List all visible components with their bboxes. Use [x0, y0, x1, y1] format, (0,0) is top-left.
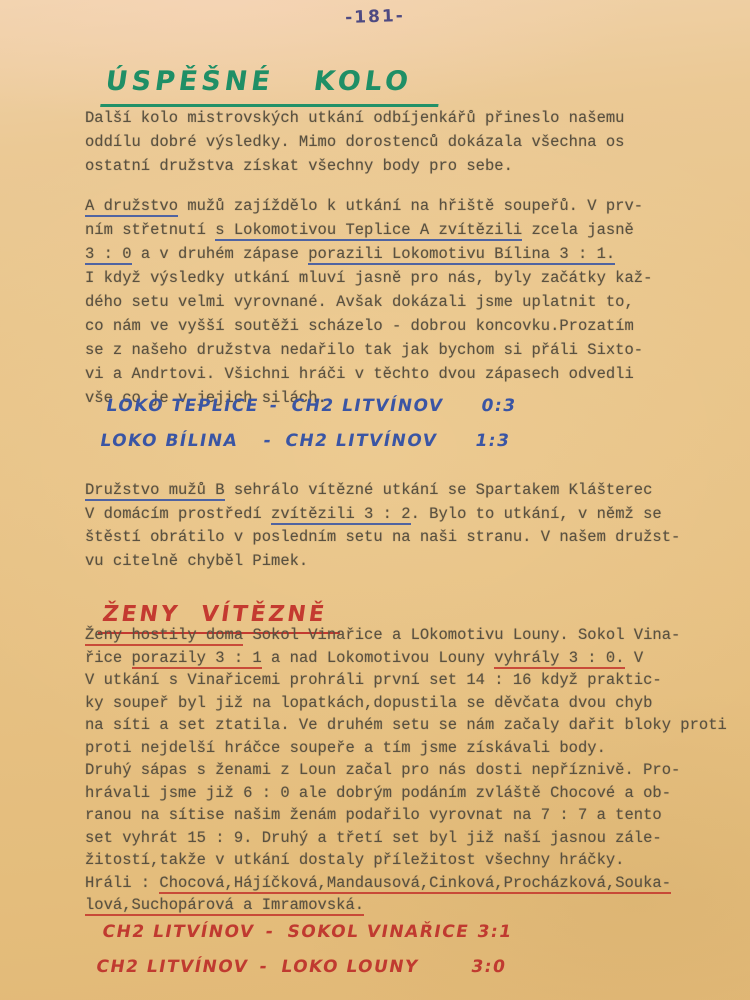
underlined-text-segment: 3 : 0 — [85, 245, 132, 265]
text-segment: hrávali jsme již 6 : 0 ale dobrým podání… — [85, 784, 671, 802]
typed-line: lová,Suchopárová a Imramovská. — [85, 894, 727, 917]
text-segment: vu citelně chyběl Pimek. — [85, 552, 308, 570]
underlined-text-segment: porazili Lokomotivu Bílina 3 : 1. — [308, 245, 615, 265]
typed-line: dého setu velmi vyrovnané. Avšak dokázal… — [85, 290, 652, 314]
typed-line: řice porazily 3 : 1 a nad Lokomotivou Lo… — [85, 647, 727, 670]
text-segment: Sokol Vinařice a LOkomotivu Louny. Sokol… — [243, 626, 680, 644]
text-segment: na síti a set ztatila. Ve druhém setu se… — [85, 716, 727, 734]
text-segment: Další kolo mistrovských utkání odbíjenká… — [85, 109, 625, 127]
typed-line: oddílu dobré výsledky. Mimo dorostenců d… — [85, 130, 625, 154]
text-segment: V domácím prostředí — [85, 505, 271, 523]
paragraph-intro: Další kolo mistrovských utkání odbíjenká… — [85, 106, 625, 178]
text-segment: vi a Andrtovi. Všichni hráči v těchto dv… — [85, 365, 634, 383]
text-segment: proti nejdelší hráčce soupeře a tím jsme… — [85, 739, 606, 757]
text-segment: V — [625, 649, 644, 667]
typed-line: na síti a set ztatila. Ve druhém setu se… — [85, 714, 727, 737]
typed-line: co nám ve vyšší soutěži scházelo - dobro… — [85, 314, 652, 338]
text-segment: ostatní družstva získat všechny body pro… — [85, 157, 513, 175]
result-score: 3:0 — [469, 957, 507, 977]
result-away: CH2 LITVÍNOV — [283, 431, 477, 451]
text-segment: Druhý sápas s ženami z Loun začal pro ná… — [85, 761, 680, 779]
result-away: CH2 LITVÍNOV — [290, 396, 484, 416]
result-score: 3:1 — [476, 922, 514, 942]
text-segment: dého setu velmi vyrovnané. Avšak dokázal… — [85, 293, 634, 311]
text-segment: mužů zajíždělo k utkání na hřiště soupeř… — [178, 197, 643, 215]
result-dash: - — [248, 431, 287, 451]
typed-line: Hráli : Chocová,Hájíčková,Mandausová,Cin… — [85, 872, 727, 895]
typed-line: vu citelně chyběl Pimek. — [85, 550, 680, 574]
result-dash: - — [255, 396, 294, 416]
text-segment: sehrálo vítězné utkání se Spartakem Kláš… — [225, 481, 653, 499]
text-segment: ranou na sítise našim ženám podařilo vyr… — [85, 806, 662, 824]
text-segment: řice — [85, 649, 132, 667]
typed-line: Družstvo mužů B sehrálo vítězné utkání s… — [85, 479, 680, 503]
typed-line: I když výsledky utkání mluví jasně pro n… — [85, 266, 652, 290]
underlined-text-segment: s Lokomotivou Teplice A zvítězili — [215, 221, 522, 241]
document-page: -181- ÚSPĚŠNÉ KOLO Další kolo mistrovský… — [0, 0, 750, 1000]
match-result-row: LOKO TEPLICE-CH2 LITVÍNOV0:3 — [105, 396, 518, 416]
typed-line: proti nejdelší hráčce soupeře a tím jsme… — [85, 737, 727, 760]
result-score: 1:3 — [473, 431, 511, 451]
match-result-row: CH2 LITVÍNOV-SOKOL VINAŘICE3:1 — [101, 922, 514, 942]
result-away: SOKOL VINAŘICE — [286, 922, 480, 942]
typed-line: Ženy hostily doma Sokol Vinařice a LOkom… — [85, 624, 727, 647]
text-segment: oddílu dobré výsledky. Mimo dorostenců d… — [85, 133, 625, 151]
women-match-results: CH2 LITVÍNOV-SOKOL VINAŘICE3:1CH2 LITVÍN… — [92, 922, 514, 992]
typed-line: se z našeho družstva nedařilo tak jak by… — [85, 338, 652, 362]
underlined-text-segment: Ženy hostily doma — [85, 626, 243, 646]
text-segment: se z našeho družstva nedařilo tak jak by… — [85, 341, 643, 359]
men-match-results: LOKO TEPLICE-CH2 LITVÍNOV0:3LOKO BÍLINA-… — [96, 396, 518, 466]
text-segment: žitostí,takže v utkání dostaly příležito… — [85, 851, 625, 869]
match-result-row: CH2 LITVÍNOV-LOKO LOUNY3:0 — [94, 957, 507, 977]
result-home: LOKO BÍLINA — [98, 431, 252, 451]
result-away: LOKO LOUNY — [279, 957, 473, 977]
typed-line: ky soupeř byl již na lopatkách,dopustila… — [85, 692, 727, 715]
typed-line: vi a Andrtovi. Všichni hráči v těchto dv… — [85, 362, 652, 386]
underlined-text-segment: A družstvo — [85, 197, 178, 217]
result-home: LOKO TEPLICE — [105, 396, 259, 416]
page-number: -181- — [0, 0, 750, 40]
typed-line: žitostí,takže v utkání dostaly příležito… — [85, 849, 727, 872]
paragraph-women: Ženy hostily doma Sokol Vinařice a LOkom… — [85, 624, 727, 917]
underlined-text-segment: porazily 3 : 1 — [132, 649, 262, 669]
text-segment: co nám ve vyšší soutěži scházelo - dobro… — [85, 317, 634, 335]
result-dash: - — [244, 957, 283, 977]
result-home: CH2 LITVÍNOV — [101, 922, 255, 942]
text-segment: ním střetnutí — [85, 221, 215, 239]
text-segment: . Bylo to utkání, v němž se — [411, 505, 662, 523]
underlined-text-segment: zvítězili 3 : 2 — [271, 505, 411, 525]
typed-line: hrávali jsme již 6 : 0 ale dobrým podání… — [85, 782, 727, 805]
typed-line: ostatní družstva získat všechny body pro… — [85, 154, 625, 178]
typed-line: Druhý sápas s ženami z Loun začal pro ná… — [85, 759, 727, 782]
section-heading-uspesne-kolo: ÚSPĚŠNÉ KOLO — [100, 66, 444, 107]
paragraph-men-b-team: Družstvo mužů B sehrálo vítězné utkání s… — [85, 479, 680, 573]
paragraph-men-a-team: A družstvo mužů zajíždělo k utkání na hř… — [85, 194, 652, 410]
text-segment: zcela jasně — [522, 221, 634, 239]
typed-line: set vyhrát 15 : 9. Druhý a třetí set byl… — [85, 827, 727, 850]
text-segment: a nad Lokomotivou Louny — [262, 649, 495, 667]
typed-line: A družstvo mužů zajíždělo k utkání na hř… — [85, 194, 652, 218]
underlined-text-segment: lová,Suchopárová a Imramovská. — [85, 896, 364, 916]
typed-line: 3 : 0 a v druhém zápase porazili Lokomot… — [85, 242, 652, 266]
underlined-text-segment: Chocová,Hájíčková,Mandausová,Cinková,Pro… — [159, 874, 671, 894]
result-home: CH2 LITVÍNOV — [94, 957, 248, 977]
text-segment: V utkání s Vinařicemi prohráli první set… — [85, 671, 662, 689]
typed-line: ranou na sítise našim ženám podařilo vyr… — [85, 804, 727, 827]
text-segment: a v druhém zápase — [132, 245, 309, 263]
text-segment: ky soupeř byl již na lopatkách,dopustila… — [85, 694, 652, 712]
match-result-row: LOKO BÍLINA-CH2 LITVÍNOV1:3 — [98, 431, 511, 451]
typed-line: štěstí obrátilo v posledním setu na naši… — [85, 526, 680, 550]
typed-line: V utkání s Vinařicemi prohráli první set… — [85, 669, 727, 692]
result-dash: - — [251, 922, 290, 942]
result-score: 0:3 — [480, 396, 518, 416]
underlined-text-segment: vyhrály 3 : 0. — [494, 649, 624, 669]
typed-line: ním střetnutí s Lokomotivou Teplice A zv… — [85, 218, 652, 242]
underlined-text-segment: Družstvo mužů B — [85, 481, 225, 501]
text-segment: set vyhrát 15 : 9. Druhý a třetí set byl… — [85, 829, 662, 847]
typed-line: Další kolo mistrovských utkání odbíjenká… — [85, 106, 625, 130]
text-segment: Hráli : — [85, 874, 159, 892]
text-segment: štěstí obrátilo v posledním setu na naši… — [85, 528, 680, 546]
text-segment: I když výsledky utkání mluví jasně pro n… — [85, 269, 652, 287]
typed-line: V domácím prostředí zvítězili 3 : 2. Byl… — [85, 503, 680, 527]
